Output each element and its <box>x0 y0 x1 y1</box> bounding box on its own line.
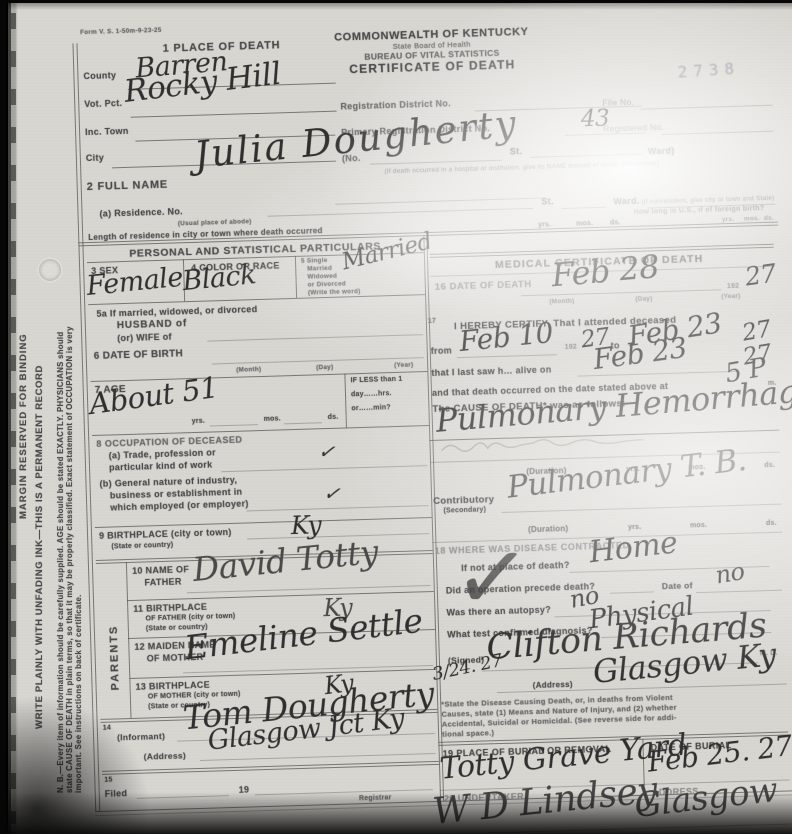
secondary-label: (Secondary) <box>443 506 486 514</box>
line <box>210 424 258 426</box>
city-label: City <box>86 153 104 164</box>
marital-option: 5 Single <box>301 257 328 265</box>
inc-town-label: Inc. Town <box>85 126 129 137</box>
father-birthplace-label: OF FATHER (city or town) <box>145 613 235 623</box>
line <box>610 591 654 593</box>
ds-label: ds. <box>328 414 339 421</box>
state-header: COMMONWEALTH OF KENTUCKY State Board of … <box>308 25 555 77</box>
cause-footnote: tional space.) <box>442 728 494 739</box>
from-label: from <box>431 345 452 356</box>
marital-option: or Divorced <box>308 280 346 288</box>
line <box>200 753 436 761</box>
father-name-label: FATHER <box>144 576 181 587</box>
medical-certificate-section: MEDICAL CERTIFICATE OF DEATH 16 DATE OF … <box>423 224 792 834</box>
printed-192: 192 <box>565 344 577 351</box>
large-checkmark: ✓ <box>450 529 534 627</box>
filed-label: Filed <box>105 788 128 799</box>
ds-label: ds. <box>766 520 777 527</box>
day-label: (Day) <box>316 364 333 372</box>
line <box>284 422 322 424</box>
age-entry: About 51 <box>87 370 220 421</box>
father-birthplace-label: 11 BIRTHPLACE <box>133 602 207 614</box>
informant-label: (Informant) <box>117 731 165 742</box>
if-married-label: 5a If married, widowed, or divorced <box>96 304 257 319</box>
occupation-b-checkmark: ✓ <box>322 480 341 506</box>
occupation-a-checkmark: ✓ <box>317 439 336 465</box>
ward-label: Ward) <box>648 146 675 157</box>
yrs-label: yrs. <box>192 418 205 425</box>
st-label: St. <box>510 146 523 156</box>
abode-note: (Usual place of abode) <box>178 218 252 227</box>
day-label: (Day) <box>635 295 652 303</box>
residence-label: (a) Residence. No. <box>99 206 183 218</box>
line <box>565 132 645 135</box>
line <box>370 160 502 165</box>
vot-pct-label: Vot. Pct. <box>84 98 122 109</box>
line <box>255 789 433 795</box>
line <box>696 590 782 594</box>
certify-number: 17 <box>428 318 436 325</box>
line <box>221 465 427 472</box>
year-label: (Year) <box>394 361 414 369</box>
if-less-note: day……hrs. <box>351 390 392 398</box>
informant-number: 14 <box>103 725 111 732</box>
margin-binding-note: MARGIN RESERVED FOR BINDING <box>18 333 29 519</box>
occupation-a-label: (a) Trade, profession or <box>109 447 216 460</box>
mos-label: mos. <box>264 415 281 423</box>
mother-birthplace-label: 13 BIRTHPLACE <box>135 680 210 692</box>
printed-192: 192 <box>727 283 739 290</box>
occupation-b-label: which employed (or employer) <box>110 498 249 512</box>
father-name-label: 10 NAME OF <box>132 564 189 576</box>
residence-ward-label: Ward. <box>613 196 639 207</box>
scanned-certificate-paper: MARGIN RESERVED FOR BINDING WRITE PLAINL… <box>6 3 792 834</box>
line <box>641 105 773 110</box>
line <box>562 207 606 209</box>
line <box>126 562 132 718</box>
line <box>207 334 423 341</box>
date-of-death-entry: Feb 28 <box>550 248 661 295</box>
marital-option: Widowed <box>307 273 337 281</box>
date-of-death-year-entry: 27 <box>743 259 777 292</box>
line <box>344 373 347 427</box>
residence-st-label: St. <box>541 196 554 206</box>
margin-nb-line-2: state CAUSE OF DEATH in plain terms, so … <box>65 23 74 793</box>
mos-label: mos. <box>690 522 707 530</box>
date-of-label: Date of <box>662 580 693 591</box>
mother-maiden-name-entry: Emeline Settle <box>182 601 424 668</box>
occupation-a-label: particular kind of work <box>109 459 213 472</box>
month-label: (Month) <box>236 366 261 374</box>
husband-of-label: HUSBAND of <box>117 318 188 331</box>
color-race-entry: Black <box>181 259 257 297</box>
ds-label: ds. <box>764 462 775 469</box>
line <box>246 505 428 511</box>
line <box>95 517 432 528</box>
file-stamp-number: 2738 <box>677 59 741 82</box>
if-less-note: or……min? <box>351 404 391 412</box>
line <box>131 111 337 118</box>
date-of-death-label: 16 DATE OF DEATH <box>435 279 532 293</box>
cause-of-death-entry: Pulmonary Hemorrhage <box>434 371 792 440</box>
line <box>295 256 297 298</box>
line <box>335 197 545 204</box>
operation-answer-entry: no <box>713 557 746 589</box>
county-label: County <box>83 70 116 81</box>
occupation-label: 8 OCCUPATION OF DECEASED <box>96 435 242 449</box>
line <box>530 154 642 158</box>
line <box>268 208 534 217</box>
filed-year-label: 19 <box>239 785 250 795</box>
line <box>137 795 229 799</box>
last-saw-alive-label: that I last saw h… alive on <box>431 364 551 378</box>
registrar-label: Registrar <box>359 794 392 802</box>
margin-nb-line-1: N. B.—Every item of information should b… <box>56 23 65 793</box>
full-name-label: 2 FULL NAME <box>87 179 169 193</box>
marital-option: Married <box>307 265 332 273</box>
line <box>127 591 434 601</box>
binding-edge-marks <box>11 13 16 824</box>
informant-address-label: (Address) <box>144 750 187 761</box>
birthplace-entry: Ky <box>290 510 321 540</box>
form-number: Form V. S. 1-50m-9-23-25 <box>80 27 162 36</box>
physician-address-label: (Address) <box>533 680 573 690</box>
or-wife-of-label: (or) WIFE of <box>117 332 172 344</box>
parents-side-label: PARENTS <box>108 625 122 691</box>
primary-district-entry: 43 <box>581 106 610 133</box>
filed-number: 15 <box>104 777 112 784</box>
hole-punch <box>39 259 61 281</box>
line <box>661 131 773 135</box>
line <box>521 289 721 296</box>
birthplace-label: 9 BIRTHPLACE (city or town) <box>99 527 232 541</box>
contributory-label: Contributory <box>433 494 494 507</box>
father-name-entry: David Totty <box>191 532 380 589</box>
line <box>92 425 429 436</box>
year-label: (Year) <box>721 293 741 301</box>
contracted-place-entry: Home <box>587 525 679 570</box>
death-certificate-form: Form V. S. 1-50m-9-23-25 1 PLACE OF DEAT… <box>80 9 792 813</box>
line <box>502 504 782 513</box>
date-of-birth-label: 6 DATE OF BIRTH <box>94 348 184 362</box>
margin-permanent-record-note: WRITE PLAINLY WITH UNFADING INK—THIS IS … <box>34 365 45 729</box>
state-country-note: (State or country) <box>111 542 173 551</box>
if-less-note: IF LESS than 1 <box>350 376 402 385</box>
month-label: (Month) <box>549 298 574 306</box>
